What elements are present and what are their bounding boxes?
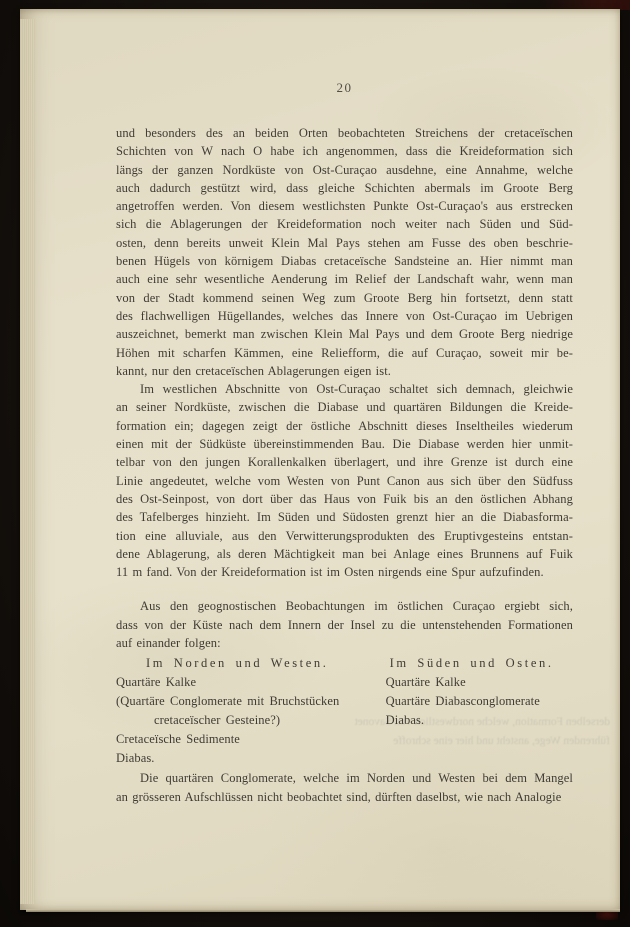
paragraph-formations-intro: Aus den geognostischen Beobachtungen im … — [116, 597, 573, 652]
formation-item: Quartäre Kalke — [386, 673, 573, 692]
page-number: 20 — [116, 80, 573, 98]
text-line: kannt, nur den cretaceïschen Ablagerunge… — [116, 362, 573, 380]
text-line: angetroffen werden. Von diesem westlichs… — [116, 197, 573, 215]
text-line: einen mit der Südküste übereinstimmenden… — [116, 435, 573, 453]
book-page: derselben Formation, welche nordwestlich… — [20, 9, 620, 910]
text-line: Linie angedeutet, welche vom Westen von … — [116, 472, 573, 490]
text-line: längs der ganzen Nordküste von Ost-Curaç… — [116, 161, 573, 179]
text-line: formation ein; dagegen zeigt der östlich… — [116, 417, 573, 435]
photo-background: derselben Formation, welche nordwestlich… — [0, 0, 630, 927]
formation-item: Cretaceïsche Sedimente — [116, 730, 386, 749]
text-line: Im westlichen Abschnitte von Ost-Curaçao… — [116, 380, 573, 398]
text-line: osten, denn bereits unweit Klein Mal Pay… — [116, 234, 573, 252]
text-line: Höhen mit scharfen Kämmen, eine Relieffo… — [116, 344, 573, 362]
text-line: telbar von den jungen Korallenkalken übe… — [116, 453, 573, 471]
text-line: auch dadurch gestützt wird, dass gleiche… — [116, 179, 573, 197]
text-line: des Ost-Seinpost, von dort über das Haus… — [116, 490, 573, 508]
text-line: sich die Ablagerungen der Kreideformatio… — [116, 215, 573, 233]
body-text: und besonders des an beiden Orten beobac… — [116, 124, 573, 806]
column-header-north-west: Im Norden und Westen. — [116, 654, 386, 673]
formation-column-south-east: Im Süden und Osten. Quartäre Kalke Quart… — [386, 654, 573, 768]
text-line: dene Ablagerung, als deren Mächtigkeit m… — [116, 545, 573, 563]
page-edge-stack — [20, 19, 35, 904]
formation-item: Diabas. — [116, 749, 386, 768]
page-bottom-edge — [26, 909, 620, 912]
text-line: auf einander folgen: — [116, 634, 573, 652]
text-line: des flachwelligen Hügellandes, welches d… — [116, 307, 573, 325]
paragraph-east-section-structure: Im westlichen Abschnitte von Ost-Curaçao… — [116, 380, 573, 581]
text-line: Aus den geognostischen Beobachtungen im … — [116, 597, 573, 615]
page-content: 20 und besonders des an beiden Orten beo… — [116, 9, 573, 806]
formation-table: Im Norden und Westen. Quartäre Kalke (Qu… — [116, 654, 573, 768]
paragraph-west-curacao-cretaceous: und besonders des an beiden Orten beobac… — [116, 124, 573, 380]
formation-item: cretaceïscher Gesteine?) — [116, 711, 386, 730]
text-line: des Tafelberges hinzieht. Im Süden und S… — [116, 508, 573, 526]
formation-item: (Quartäre Conglomerate mit Bruchstücken — [116, 692, 386, 711]
text-line: dass von der Küste nach dem Innern der I… — [116, 616, 573, 634]
paragraph-closing: Die quartären Conglomerate, welche im No… — [116, 769, 573, 806]
text-line: an grösseren Aufschlüssen nicht beobacht… — [116, 788, 573, 806]
text-line: benen Hügels von körnigem Diabas cretace… — [116, 252, 573, 270]
text-line: und besonders des an beiden Orten beobac… — [116, 124, 573, 142]
text-line: Die quartären Conglomerate, welche im No… — [116, 769, 573, 787]
text-line: tion eine alluviale, aus den Verwitterun… — [116, 527, 573, 545]
text-line: auszeichnet, bemerkt man zwischen Klein … — [116, 325, 573, 343]
formation-item: Diabas. — [386, 711, 573, 730]
column-header-south-east: Im Süden und Osten. — [386, 654, 573, 673]
text-line: von der Stadt kommend seinen Weg zum Gro… — [116, 289, 573, 307]
text-line: an seiner Nordküste, zwischen die Diabas… — [116, 398, 573, 416]
formation-item: Quartäre Diabasconglomerate — [386, 692, 573, 711]
formation-column-north-west: Im Norden und Westen. Quartäre Kalke (Qu… — [116, 654, 386, 768]
text-line: Schichten von W nach O habe ich angenomm… — [116, 142, 573, 160]
formation-item: Quartäre Kalke — [116, 673, 386, 692]
text-line: 11 m fand. Von der Kreideformation ist i… — [116, 563, 573, 581]
text-line: auch eine sehr wesentliche Aenderung im … — [116, 270, 573, 288]
